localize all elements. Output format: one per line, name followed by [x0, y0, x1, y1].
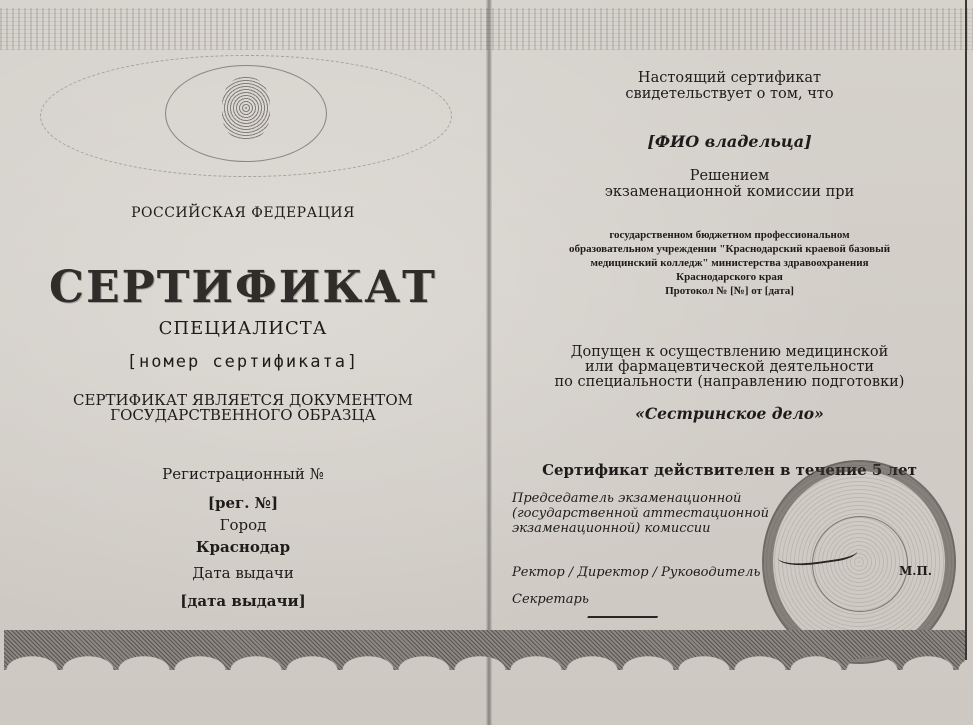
issue-date: [дата выдачи]: [0, 592, 486, 610]
rector-signature-label: Ректор / Директор / Руководитель: [512, 565, 760, 580]
certificate-spread: РОССИЙСКАЯ ФЕДЕРАЦИЯ СЕРТИФИКАТ СПЕЦИАЛИ…: [0, 0, 973, 725]
eagle-emblem-icon: [222, 77, 270, 139]
country-name: РОССИЙСКАЯ ФЕДЕРАЦИЯ: [0, 205, 486, 221]
registration-number: [рег. №]: [0, 494, 486, 512]
specialty: «Сестринское дело»: [492, 404, 967, 423]
page-edge: [965, 0, 967, 660]
city-value: Краснодар: [0, 538, 486, 556]
intro-text: Настоящий сертификат свидетельствует о т…: [492, 70, 967, 102]
document-subtitle: СПЕЦИАЛИСТА: [0, 318, 486, 339]
chair-line-3: экзаменационной) комиссии: [512, 521, 769, 536]
state-document-line-2: ГОСУДАРСТВЕННОГО ОБРАЗЦА: [0, 408, 486, 423]
institution-block: государственном бюджетном профессиональн…: [492, 228, 967, 298]
intro-line-2: свидетельствует о том, что: [492, 86, 967, 102]
admitted-line-1: Допущен к осуществлению медицинской: [492, 345, 967, 360]
city-label: Город: [0, 516, 486, 534]
chair-line-1: Председатель экзаменационной: [512, 491, 769, 506]
registration-label: Регистрационный №: [0, 465, 486, 483]
right-page: Настоящий сертификат свидетельствует о т…: [492, 0, 967, 630]
decision-line-2: экзаменационной комиссии при: [492, 184, 967, 200]
bottom-wave-border: [4, 630, 965, 670]
decision-text: Решением экзаменационной комиссии при: [492, 168, 967, 200]
secretary-signature-icon: [587, 592, 666, 618]
chair-line-2: (государственной аттестационной: [512, 506, 769, 521]
admitted-line-2: или фармацевтической деятельности: [492, 360, 967, 375]
decision-line-1: Решением: [492, 168, 967, 184]
institution-line-3: медицинский колледж" министерства здраво…: [492, 256, 967, 270]
admitted-line-3: по специальности (направлению подготовки…: [492, 375, 967, 390]
protocol-line: Протокол № [№] от [дата]: [492, 284, 967, 298]
institution-line-1: государственном бюджетном профессиональн…: [492, 228, 967, 242]
chair-signature-label: Председатель экзаменационной (государств…: [512, 491, 769, 536]
institution-line-4: Краснодарского края: [492, 270, 967, 284]
secretary-signature-label: Секретарь: [512, 592, 589, 607]
emblem-area: [40, 55, 450, 185]
state-document-note: СЕРТИФИКАТ ЯВЛЯЕТСЯ ДОКУМЕНТОМ ГОСУДАРСТ…: [0, 393, 486, 423]
admission-text: Допущен к осуществлению медицинской или …: [492, 345, 967, 390]
intro-line-1: Настоящий сертификат: [492, 70, 967, 86]
left-page: РОССИЙСКАЯ ФЕДЕРАЦИЯ СЕРТИФИКАТ СПЕЦИАЛИ…: [0, 0, 486, 630]
serial-number: [номер сертификата]: [0, 352, 486, 372]
holder-name: [ФИО владельца]: [492, 132, 967, 151]
stamp-mark: М.П.: [899, 564, 932, 578]
seal-emblem-icon: [812, 516, 908, 612]
issue-date-label: Дата выдачи: [0, 564, 486, 582]
institution-line-2: образовательном учреждении "Краснодарски…: [492, 242, 967, 256]
document-title: СЕРТИФИКАТ: [0, 262, 486, 313]
